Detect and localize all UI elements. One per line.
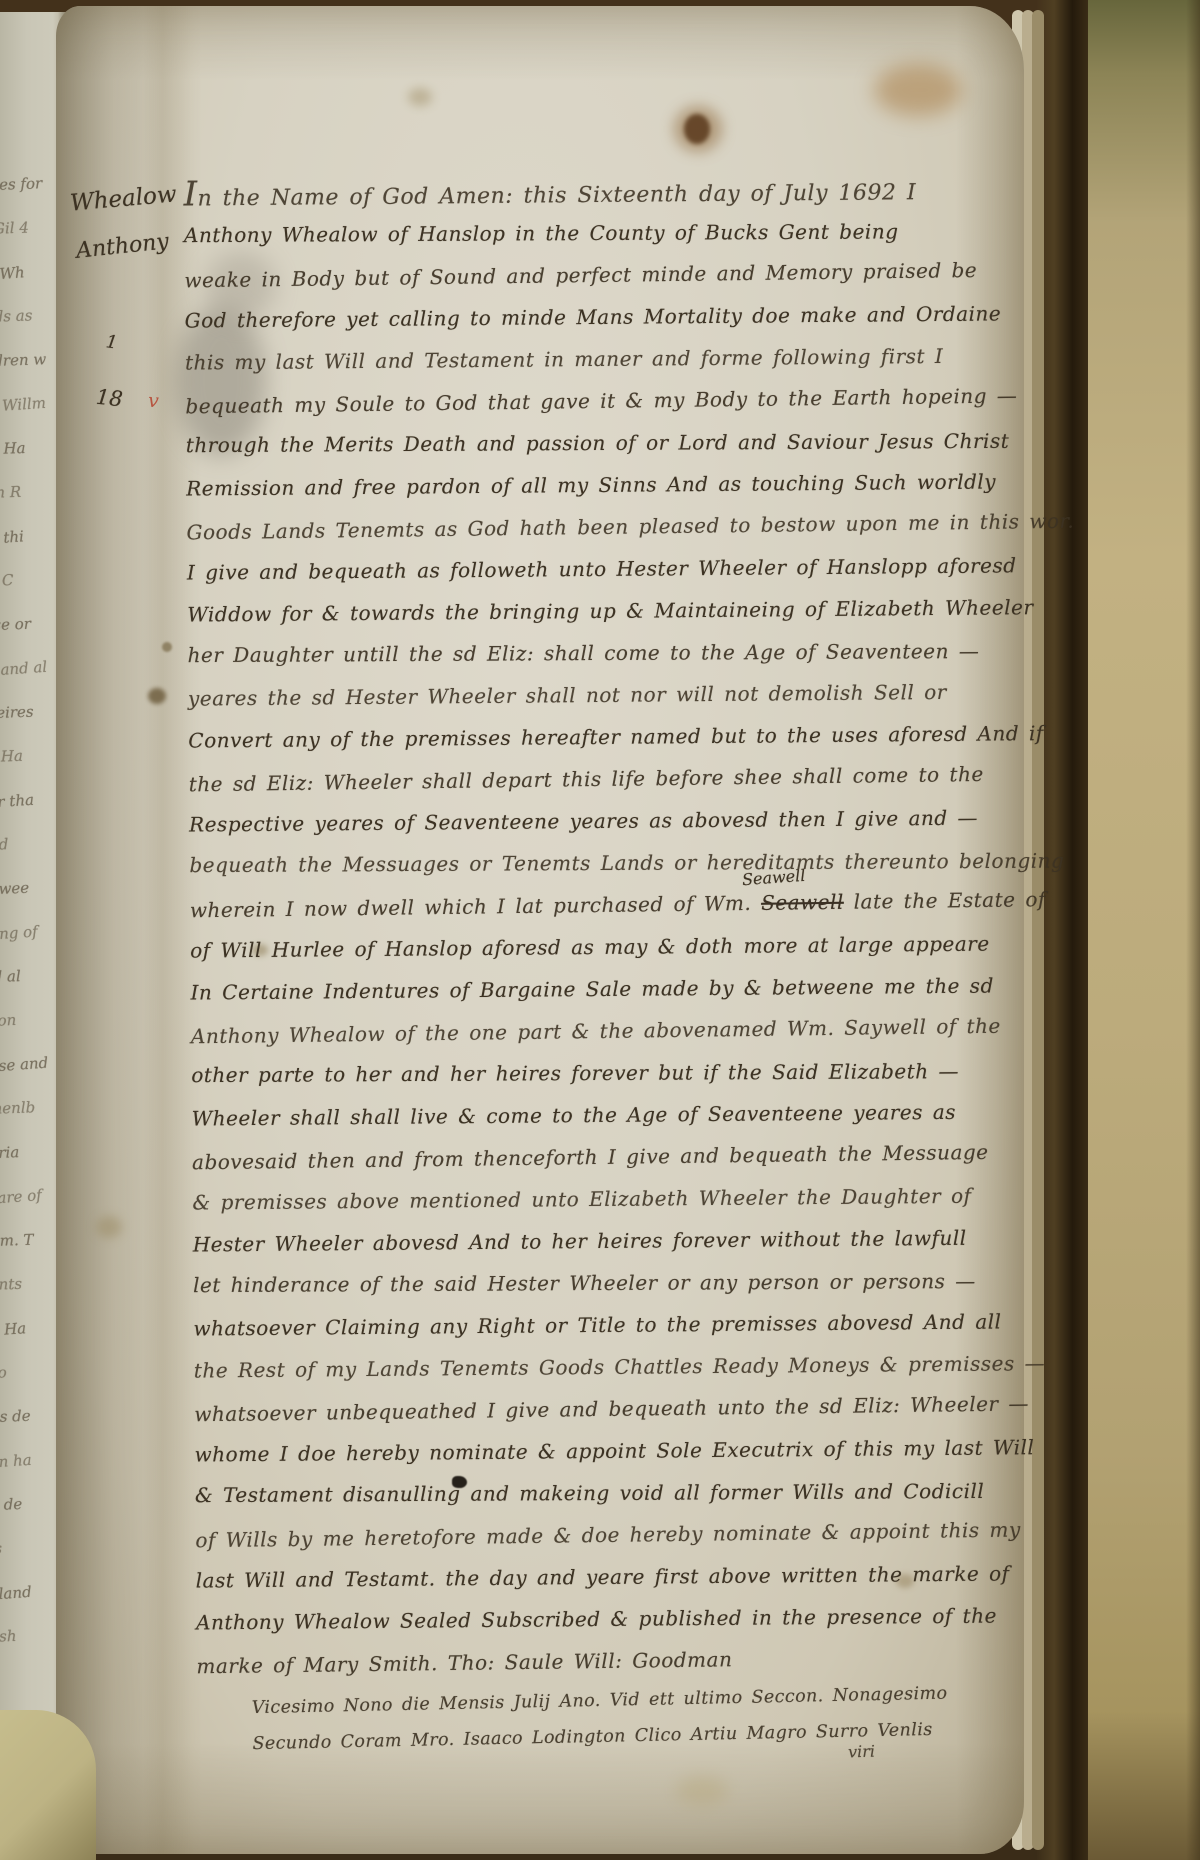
manuscript-line: through the Merits Death and passion of … bbox=[186, 420, 996, 466]
page-stack-edge bbox=[1032, 10, 1044, 1850]
will-text-body: In the Name of God Amen: this Sixteenth … bbox=[183, 166, 1006, 1685]
stain bbox=[148, 688, 166, 704]
manuscript-line: Respective yeares of Seaventeene yeares … bbox=[189, 796, 999, 845]
manuscript-line: of Will Hurlee of Hanslop aforesd as may… bbox=[190, 922, 1000, 971]
under-page-edge bbox=[0, 1710, 96, 1860]
manuscript-line: whatsoever Claiming any Right or Title t… bbox=[193, 1300, 1003, 1349]
text-fragment: halush bbox=[0, 1612, 63, 1659]
manuscript-line: Widdow for & towards the bringing up & M… bbox=[187, 586, 997, 635]
text-fragment: thein R bbox=[0, 468, 63, 515]
manuscript-line: & Testament disanulling and makeing void… bbox=[195, 1470, 1005, 1516]
stain bbox=[96, 1216, 122, 1238]
stain bbox=[874, 64, 962, 116]
bottom-note: viri bbox=[848, 1742, 876, 1762]
manuscript-line: last Will and Testamt. the day and yeare… bbox=[196, 1552, 1006, 1601]
scanned-book-spread: ffides forhis Gil 4e) Whgoods ashildren … bbox=[0, 0, 1200, 1860]
manuscript-line: her Daughter untill the sd Eliz: shall c… bbox=[188, 630, 998, 676]
text-fragment: Patron bbox=[0, 996, 63, 1043]
manuscript-line: I give and bequeath as followeth unto He… bbox=[187, 544, 997, 593]
manuscript-line: yeares the sd Hester Wheeler shall not n… bbox=[188, 670, 998, 719]
text-fragment: Resid bbox=[0, 820, 63, 867]
text-fragment: Hamenlb bbox=[0, 1084, 63, 1131]
text-fragment: resents bbox=[0, 1260, 63, 1307]
margin-number-bottom: 18 bbox=[95, 385, 124, 412]
manuscript-line: God therefore yet calling to minde Mans … bbox=[185, 292, 995, 341]
stain bbox=[684, 114, 710, 144]
manuscript-line: whome I doe hereby nominate & appoint So… bbox=[194, 1426, 1004, 1475]
text-fragment: goods as bbox=[0, 292, 63, 339]
stain bbox=[676, 1776, 728, 1806]
manuscript-line: Anthony Whealow of Hanslop in the County… bbox=[184, 210, 994, 256]
text-fragment: his Gil 4 bbox=[0, 204, 63, 251]
text-fragment: Hak C bbox=[0, 556, 63, 603]
book-cover-edge bbox=[1078, 0, 1200, 1860]
manuscript-line: In the Name of God Amen: this Sixteenth … bbox=[183, 166, 993, 215]
manuscript-line: Hester Wheeler abovesd And to her heires… bbox=[193, 1216, 1003, 1265]
stain bbox=[162, 642, 172, 652]
manuscript-line: Anthony Whealow of the one part & the ab… bbox=[191, 1005, 1001, 1058]
stain bbox=[674, 106, 722, 152]
text-fragment: ting Ha bbox=[0, 732, 63, 779]
manuscript-line: other parte to her and her heires foreve… bbox=[191, 1050, 1001, 1096]
manuscript-line: let hinderance of the said Hester Wheele… bbox=[193, 1260, 1003, 1306]
text-fragment: hs go bbox=[0, 1348, 63, 1395]
red-checkmark: v bbox=[147, 390, 159, 413]
stain bbox=[408, 88, 432, 106]
manuscript-line: & premisses above mentioned unto Elizabe… bbox=[192, 1174, 1002, 1223]
text-fragment: onlis bbox=[0, 1524, 63, 1571]
manuscript-line: bequeath my Soule to God that gave it & … bbox=[185, 375, 995, 428]
manuscript-line: bequeath the Messuages or Tenemts Lands … bbox=[189, 840, 999, 886]
